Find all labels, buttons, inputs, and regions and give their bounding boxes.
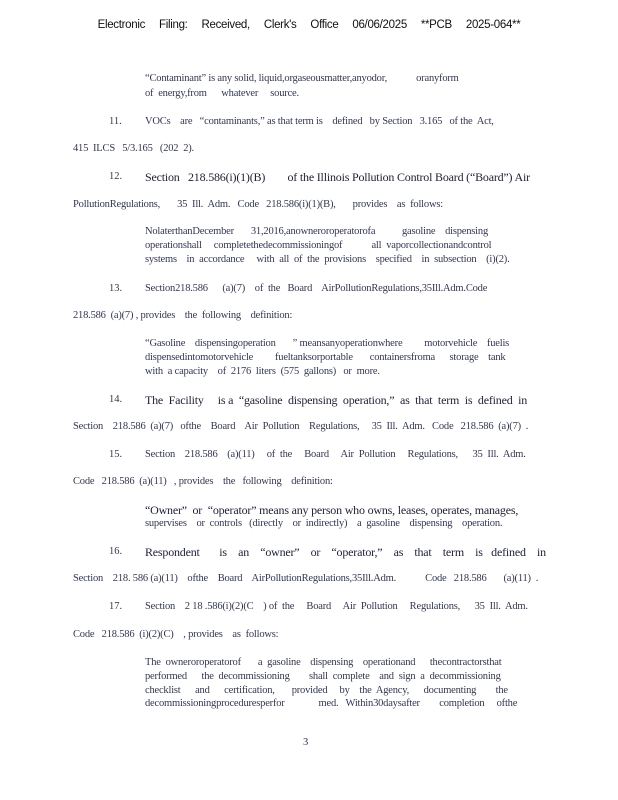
header-date: 06/06/2025 — [352, 19, 407, 31]
paragraph-continuation: Code 218.586 (a)(11) , provides the foll… — [73, 476, 333, 487]
paragraph-number: 16. — [109, 546, 122, 557]
quote-line: supervises or controls (directly or indi… — [145, 518, 502, 529]
quote-line: systems in accordance with all of the pr… — [145, 254, 510, 265]
paragraph-first-line: Section 2 18 .586(i)(2)(C ) of the Board… — [145, 601, 528, 612]
quote-line: operationshall completethedecommissionin… — [145, 240, 491, 251]
paragraph-first-line: Section 218.586 (a)(11) of the Board Air… — [145, 449, 526, 460]
quote-line: of energy,from whatever source. — [145, 88, 299, 99]
header-part: Filing: — [159, 19, 188, 31]
page-number: 3 — [303, 737, 308, 748]
quote-line: “Owner” or “operator” means any person w… — [145, 503, 518, 518]
header-part: Clerk's — [264, 19, 297, 31]
header-case-number: 2025-064** — [466, 19, 521, 31]
quote-line: dispensedintomotorvehicle fueltanksorpor… — [145, 352, 505, 363]
paragraph-first-line: Section218.586 (a)(7) of the Board AirPo… — [145, 283, 487, 294]
paragraph-first-line: VOCs are “contaminants,” as that term is… — [145, 116, 494, 127]
quote-line: “Contaminant” is any solid, liquid,orgas… — [145, 73, 459, 84]
paragraph-number: 13. — [109, 283, 122, 294]
header-part: **PCB — [421, 19, 452, 31]
paragraph-number: 14. — [109, 394, 122, 405]
paragraph-continuation: 415 ILCS 5/3.165 (202 2). — [73, 143, 194, 154]
quote-line: with a capacity of 2176 liters (575 gall… — [145, 366, 380, 377]
paragraph-continuation: 218.586 (a)(7) , provides the following … — [73, 310, 292, 321]
quote-line: performed the decommissioning shall comp… — [145, 671, 501, 682]
quote-line: NolaterthanDecember 31,2016,anownerorope… — [145, 226, 488, 237]
paragraph-number: 11. — [109, 116, 122, 127]
paragraph-number: 15. — [109, 449, 122, 460]
paragraph-number: 17. — [109, 601, 122, 612]
paragraph-first-line: The Facility is a “gasoline dispensing o… — [145, 393, 527, 408]
paragraph-continuation: Section 218. 586 (a)(11) ofthe Board Air… — [73, 573, 538, 584]
header-part: Electronic — [98, 19, 146, 31]
paragraph-first-line: Section 218.586(i)(1)(B) of the Illinois… — [145, 170, 530, 185]
quote-line: “Gasoline dispensingoperation ” meansany… — [145, 338, 509, 349]
filing-stamp-header: Electronic Filing: Received, Clerk's Off… — [0, 19, 618, 31]
paragraph-continuation: Code 218.586 (i)(2)(C) , provides as fol… — [73, 629, 278, 640]
header-part: Received, — [201, 19, 249, 31]
paragraph-continuation: Section 218.586 (a)(7) ofthe Board Air P… — [73, 421, 528, 432]
paragraph-continuation: PollutionRegulations, 35 Ill. Adm. Code … — [73, 199, 443, 210]
quote-line: checklist and certification, provided by… — [145, 685, 508, 696]
header-part: Office — [310, 19, 338, 31]
paragraph-first-line: Respondent is an “owner” or “operator,” … — [145, 545, 546, 560]
quote-line: The owneroroperatorof a gasoline dispens… — [145, 657, 501, 668]
paragraph-number: 12. — [109, 171, 122, 182]
quote-line: decommissioningproceduresperfor med. Wit… — [145, 698, 517, 709]
